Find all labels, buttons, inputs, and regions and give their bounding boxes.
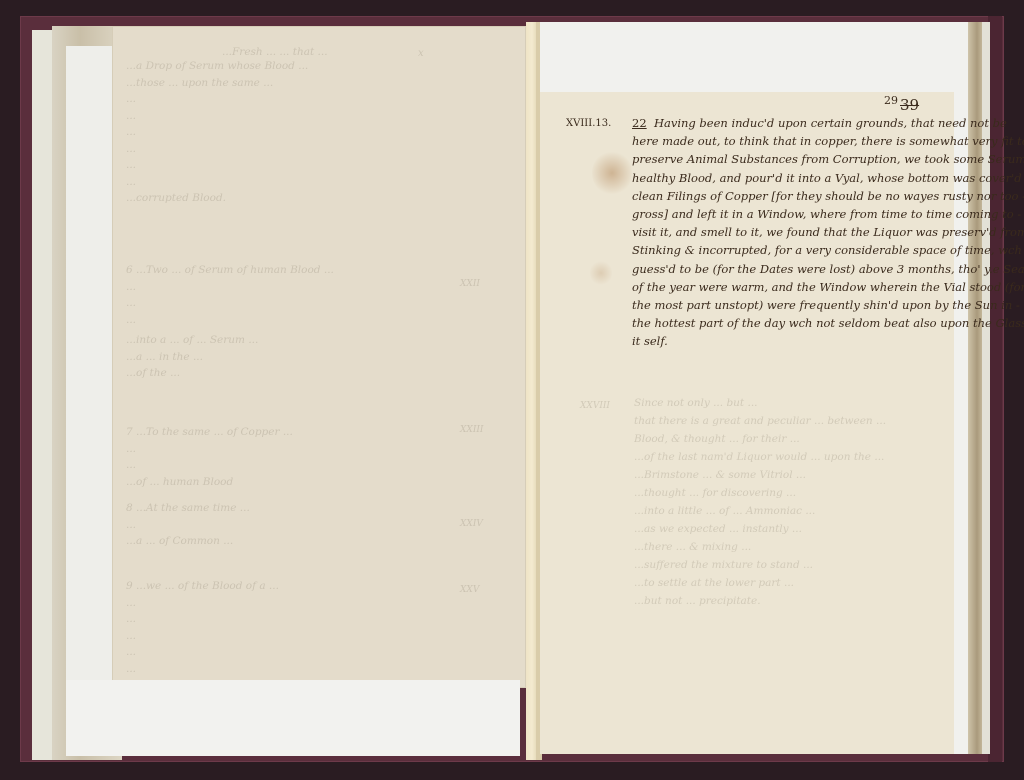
margin-numeral: XXIII xyxy=(460,422,483,439)
ghost-text-block-right: Since not only ... but ... that there is… xyxy=(634,394,944,610)
flyleaf-right xyxy=(982,22,990,754)
folio-number-old: 39 xyxy=(900,96,919,114)
ghost-paragraph-6: 6 ...Two ... of Serum of human Blood ...… xyxy=(126,262,426,382)
ghost-paragraph-9: 9 ...we ... of the Blood of a ... ... ..… xyxy=(126,578,426,677)
ghost-margin-numeral: XXVIII xyxy=(580,398,610,415)
left-page: x ...Fresh ... ... that ... ...a Drop of… xyxy=(112,26,526,688)
right-page: 29 39 XVIII.13. 22 Having been induc'd u… xyxy=(540,92,954,754)
margin-numeral: XXV xyxy=(460,582,479,599)
guard-sheet-bottom xyxy=(66,680,520,756)
folio-number-new: 29 xyxy=(884,94,898,107)
ghost-paragraph-8: 8 ...At the same time ... ... ...a ... o… xyxy=(126,500,426,550)
guard-sheet xyxy=(66,46,114,756)
ink-stain xyxy=(592,150,632,196)
paragraph-number: 22 xyxy=(632,116,647,130)
paragraph-22: 22 Having been induc'd upon certain grou… xyxy=(632,114,952,351)
margin-numeral: XXII xyxy=(460,276,480,293)
margin-reference: XVIII.13. xyxy=(566,118,611,129)
margin-numeral: XXIV xyxy=(460,516,483,533)
ink-stain xyxy=(590,260,612,286)
ghost-paragraph-7: 7 ...To the same ... of Copper ... ... .… xyxy=(126,424,426,490)
ghost-text-block: ...a Drop of Serum whose Blood ... ...th… xyxy=(126,58,426,207)
